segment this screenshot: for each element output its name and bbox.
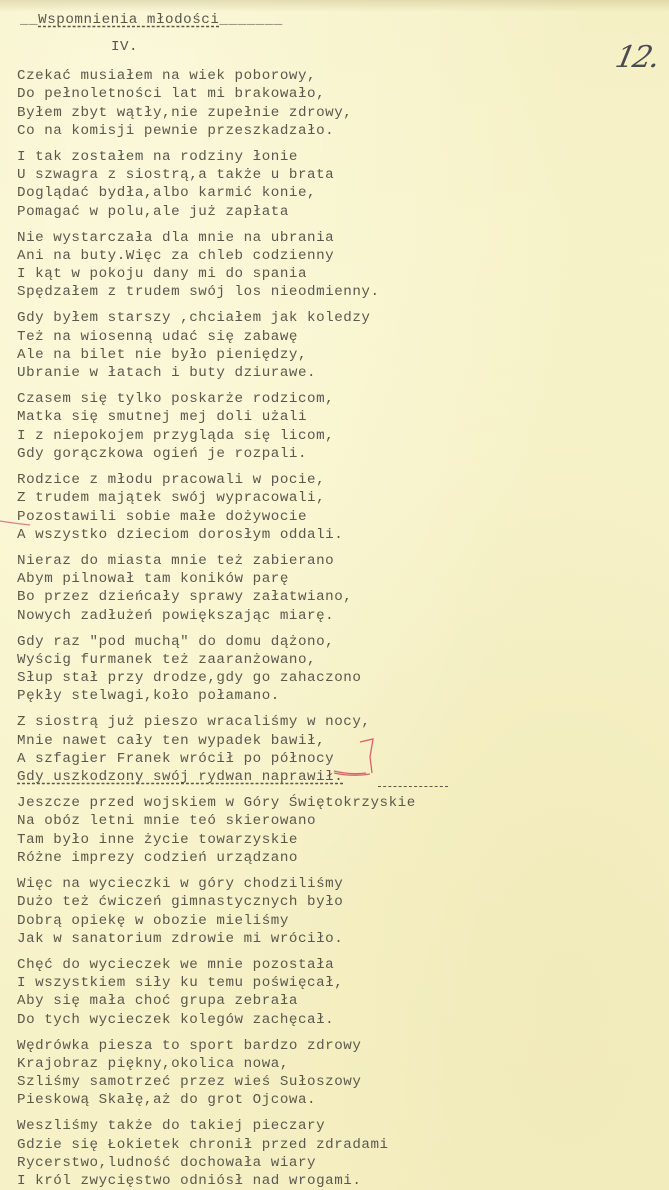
poem-line: Na obóz letni mnie teó skierowano [17,812,416,830]
poem-line: Do tych wycieczek kolegów zachęcał. [17,1011,343,1029]
poem-line: A szfagier Franek wrócił po północy [17,750,371,768]
poem-line: Pozostawili sobie małe dożywocie [17,508,343,526]
poem-line: Z trudem majątek swój wypracowali, [17,489,343,507]
poem-line: Aby się mała choć grupa zebrała [17,992,343,1010]
poem-line: Ale na bilet nie było pieniędzy, [17,346,371,364]
poem-line: Rycerstwo,ludność dochowała wiary [17,1154,389,1172]
poem-line: Szliśmy samotrzeć przez wieś Sułoszowy [17,1073,361,1091]
poem-line: Abym pilnował tam koników parę [17,570,352,588]
poem-line: Gdy byłem starszy ,chciałem jak koledzy [17,309,371,327]
stanza: Czekać musiałem na wiek poborowy,Do pełn… [17,67,352,140]
poem-line: Weszliśmy także do takiej pieczary [17,1117,389,1135]
poem-line: Doglądać bydła,albo karmić konie, [17,184,334,202]
poem-line: U szwagra z siostrą,a także u brata [17,166,334,184]
handwritten-page-number: 12. [612,40,661,75]
stanza: Chęć do wycieczek we mnie pozostałaI wsz… [17,956,343,1029]
poem-line: Byłem zbyt wątły,nie zupełnie zdrowy, [17,104,352,122]
title-leading-dashes: __ [20,12,38,28]
stanza: Gdy byłem starszy ,chciałem jak koledzyT… [17,309,371,382]
section-divider [378,786,448,787]
poem-line: Wyścig furmanek też zaaranżowano, [17,651,361,669]
stanza: Jeszcze przed wojskiem w Góry Świętokrzy… [17,794,416,867]
poem-line: Nie wystarczała dla mnie na ubrania [17,229,380,247]
poem-line: Dużo też ćwiczeń gimnastycznych było [17,893,343,911]
poem-line: Wędrówka piesza to sport bardzo zdrowy [17,1037,361,1055]
poem-line: Gdy uszkodzony swój rydwan naprawił. [17,768,371,786]
poem-line: Tam było inne życie towarzyskie [17,831,416,849]
stanza: Weszliśmy także do takiej pieczaryGdzie … [17,1117,389,1190]
poem-line: Pomagać w polu,ale już zapłata [17,203,334,221]
stanza: I tak zostałem na rodziny łonieU szwagra… [17,148,334,221]
poem-line: Spędzałem z trudem swój los nieodmienny. [17,283,380,301]
poem-line: Dobrą opiekę w obozie mieliśmy [17,912,343,930]
poem-line: Jak w sanatorium zdrowie mi wróciło. [17,930,343,948]
poem-line: Do pełnoletności lat mi brakowało, [17,85,352,103]
stanza: Nieraz do miasta mnie też zabieranoAbym … [17,552,352,625]
stanza: Więc na wycieczki w góry chodziliśmyDużo… [17,875,343,948]
poem-line: Gdy raz "pod muchą" do domu dążono, [17,633,361,651]
poem-line: Czasem się tylko poskarże rodzicom, [17,390,334,408]
poem-line: I król zwycięstwo odniósł nad wrogami. [17,1172,389,1190]
poem-line: Matka się smutnej mej doli użali [17,408,334,426]
stanza: Wędrówka piesza to sport bardzo zdrowyKr… [17,1037,361,1110]
poem-line: Jeszcze przed wojskiem w Góry Świętokrzy… [17,794,416,812]
poem-line: Więc na wycieczki w góry chodziliśmy [17,875,343,893]
stanza: Nie wystarczała dla mnie na ubraniaAni n… [17,229,380,302]
poem-line: Gdy gorączkowa ogień je rozpali. [17,445,334,463]
poem-line: Chęć do wycieczek we mnie pozostała [17,956,343,974]
poem-line: Pieskową Skałę,aż do grot Ojcowa. [17,1091,361,1109]
poem-line: Słup stał przy drodze,gdy go zahaczono [17,669,361,687]
poem-line: Też na wiosenną udać się zabawę [17,328,371,346]
poem-line: Krajobraz piękny,okolica nowa, [17,1055,361,1073]
poem-line: Z siostrą już pieszo wracaliśmy w nocy, [17,713,371,731]
poem-line: Nowych zadłużeń powiększając miarę. [17,607,352,625]
poem-line: Ani na buty.Więc za chleb codzienny [17,247,380,265]
poem-line: I tak zostałem na rodziny łonie [17,148,334,166]
stanza: Rodzice z młodu pracowali w pocie,Z trud… [17,471,343,544]
poem-line: I kąt w pokoju dany mi do spania [17,265,380,283]
poem-line: Nieraz do miasta mnie też zabierano [17,552,352,570]
poem-line: Co na komisji pewnie przeszkadzało. [17,122,352,140]
poem-line: Pękły stelwagi,koło połamano. [17,687,361,705]
poem-line: Różne imprezy codzień urządzano [17,849,416,867]
stanza: Gdy raz "pod muchą" do domu dążono,Wyści… [17,633,361,706]
document-title-row: __Wspomnienia młodości_______ [20,12,283,28]
stanza: Z siostrą już pieszo wracaliśmy w nocy,M… [17,713,371,786]
poem-line: Ubranie w łatach i buty dziurawe. [17,364,371,382]
poem-line: Gdzie się Łokietek chronił przed zdradam… [17,1136,389,1154]
part-number: IV. [111,39,138,55]
poem-line: Czekać musiałem na wiek poborowy, [17,67,352,85]
poem-line: A wszystko dzieciom dorosłym oddali. [17,526,343,544]
document-title: Wspomnienia młodości [38,12,219,28]
title-trailing-dashes: _______ [219,12,282,28]
poem-line: Rodzice z młodu pracowali w pocie, [17,471,343,489]
poem-line: Mnie nawet cały ten wypadek bawił, [17,732,371,750]
poem-line: I wszystkiem siły ku temu poświęcał, [17,974,343,992]
poem-line: I z niepokojem przygląda się licom, [17,427,334,445]
poem-line: Bo przez dzieńcały sprawy załatwiano, [17,588,352,606]
stanza: Czasem się tylko poskarże rodzicom,Matka… [17,390,334,463]
